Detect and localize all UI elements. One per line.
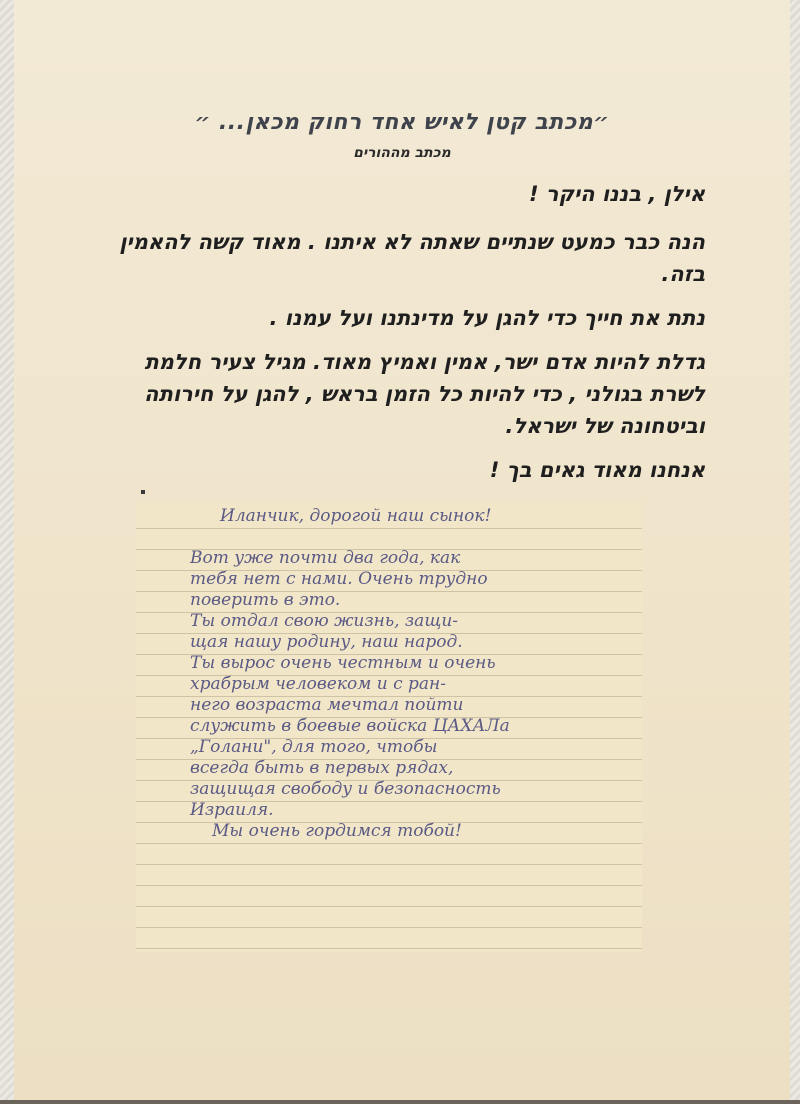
scan-bottom-edge	[0, 1100, 800, 1104]
scan-edge-right	[790, 0, 800, 1104]
scan-dot-mark	[141, 490, 145, 494]
russian-line: Ты вырос очень честным и очень	[190, 653, 640, 674]
hebrew-paragraph: נתת את חייך כדי להגן על מדינתנו ועל עמנו…	[85, 302, 705, 334]
russian-line: „Голани", для того, чтобы	[190, 737, 640, 758]
russian-line: служить в боевые войска ЦАХАЛа	[190, 716, 640, 737]
russian-line: щая нашу родину, наш народ.	[190, 632, 640, 653]
letter-subtitle: מכתב מההורים	[14, 145, 790, 161]
russian-handwritten-letter: Иланчик, дорогой наш сынок! Вот уже почт…	[190, 506, 640, 842]
russian-line: храбрым человеком и с ран-	[190, 674, 640, 695]
letter-title: ״מכתב קטן לאיש אחד רחוק מכאן... ״	[14, 110, 790, 135]
hebrew-paragraph: גדלת להיות אדם ישר, אמין ואמיץ מאוד. מגי…	[85, 346, 705, 442]
russian-line: Ты отдал свою жизнь, защи-	[190, 611, 640, 632]
russian-line: тебя нет с нами. Очень трудно	[190, 569, 640, 590]
russian-line: защищая свободу и безопасность	[190, 779, 640, 800]
russian-line: поверить в это.	[190, 590, 640, 611]
russian-line: Израиля.	[190, 800, 640, 821]
hebrew-salutation: אילן , בננו היקר !	[85, 178, 705, 210]
russian-closing: Мы очень гордимся тобой!	[190, 821, 640, 842]
hebrew-paragraph: הנה כבר כמעט שנתיים שאתה לא איתנו . מאוד…	[85, 226, 705, 290]
hebrew-letter: אילן , בננו היקר ! הנה כבר כמעט שנתיים ש…	[85, 178, 705, 498]
hebrew-closing: אנחנו מאוד גאים בך !	[85, 454, 705, 486]
russian-greeting: Иланчик, дорогой наш сынок!	[190, 506, 640, 527]
russian-line: всегда быть в первых рядах,	[190, 758, 640, 779]
russian-line: Вот уже почти два года, как	[190, 548, 640, 569]
scan-edge-left	[0, 0, 14, 1104]
russian-line: него возраста мечтал пойти	[190, 695, 640, 716]
